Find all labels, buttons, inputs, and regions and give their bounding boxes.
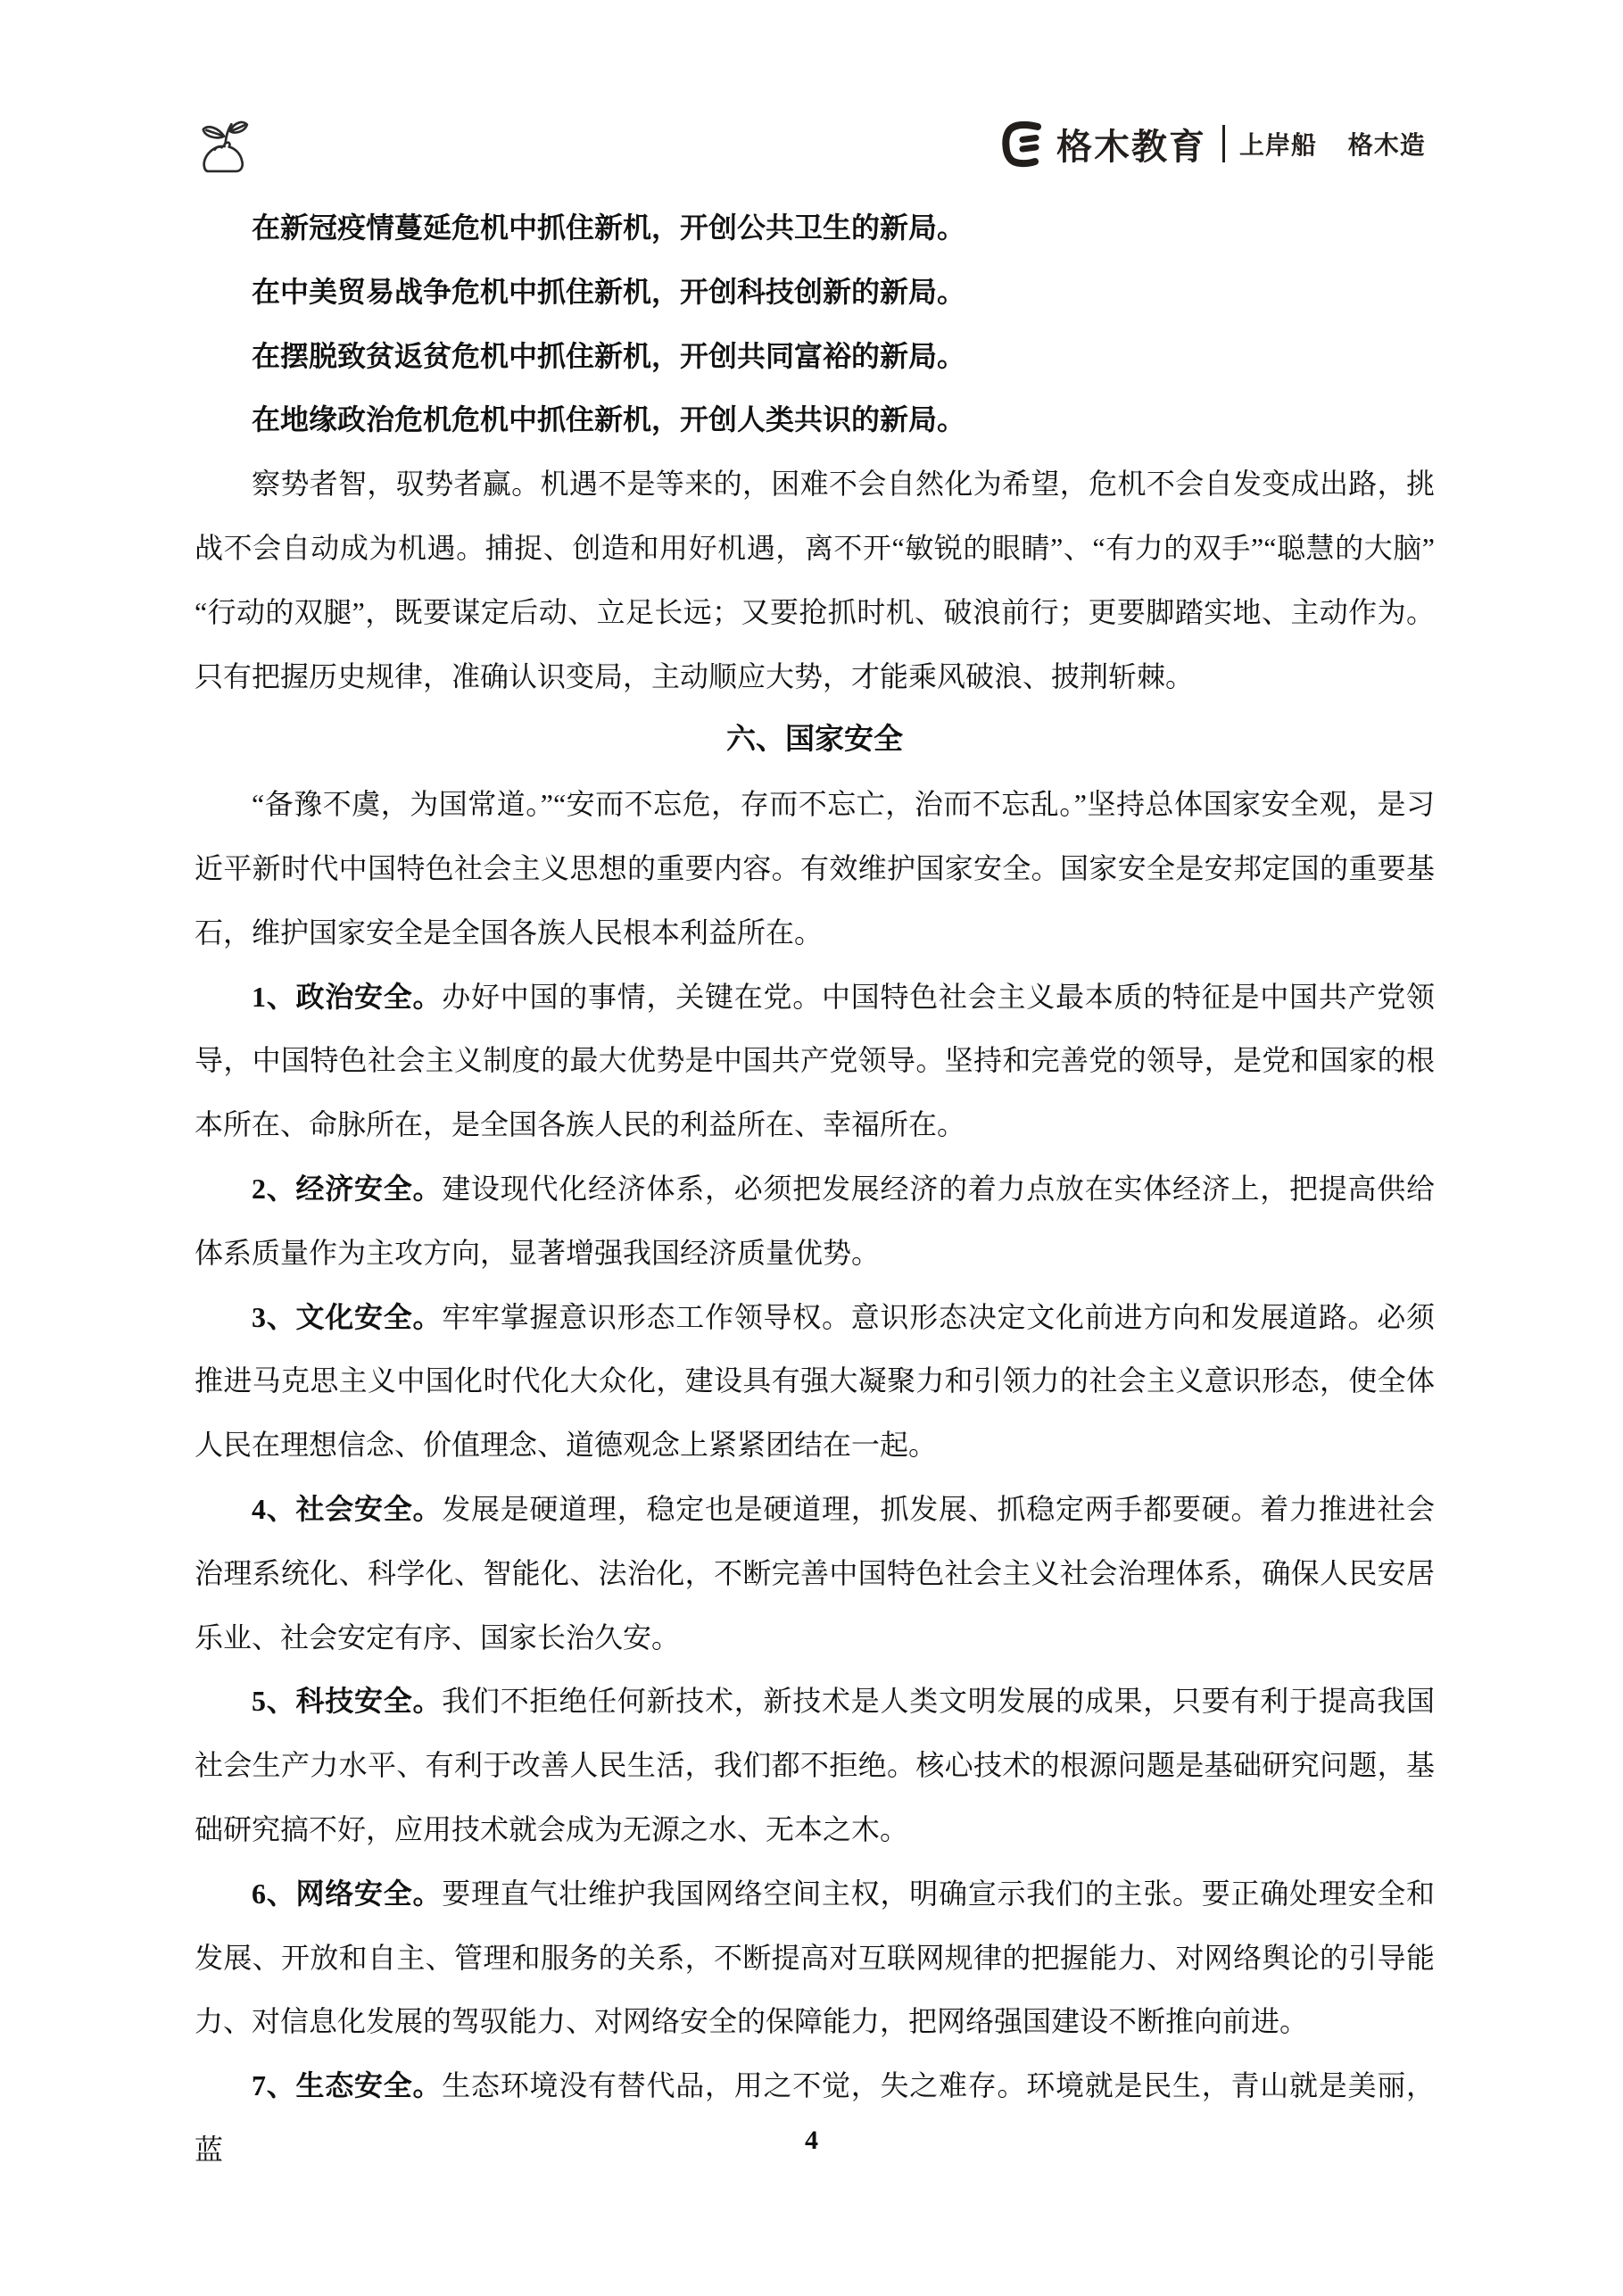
list-item: 1、政治安全。办好中国的事情，关键在党。中国特色社会主义最本质的特征是中国共产党… — [195, 966, 1435, 1157]
list-item: 4、社会安全。发展是硬道理，稳定也是硬道理，抓发展、抓稳定两手都要硬。着力推进社… — [195, 1478, 1435, 1670]
crisis-line: 在摆脱致贫返贫危机中抓住新机，开创共同富裕的新局。 — [195, 325, 1435, 389]
item-label: 3、文化安全。 — [252, 1301, 442, 1333]
item-label: 4、社会安全。 — [252, 1493, 442, 1525]
tagline-part-2: 格木造 — [1348, 131, 1426, 159]
list-item: 2、经济安全。建设现代化经济体系，必须把发展经济的着力点放在实体经济上，把提高供… — [195, 1157, 1435, 1286]
tagline-part-1: 上岸船 — [1239, 131, 1317, 159]
item-label: 6、网络安全。 — [252, 1877, 442, 1910]
brand-tagline: 上岸船 格木造 — [1239, 126, 1426, 162]
brand-name: 格木教育 — [1056, 119, 1206, 170]
section-title: 六、国家安全 — [195, 709, 1435, 773]
item-label: 5、科技安全。 — [252, 1685, 442, 1717]
logo-divider — [1222, 125, 1225, 162]
item-label: 1、政治安全。 — [252, 981, 442, 1013]
seedling-icon — [195, 114, 250, 177]
document-page: 格木教育 上岸船 格木造 在新冠疫情蔓延危机中抓住新机，开创公共卫生的新局。 在… — [0, 0, 1623, 2296]
list-item: 7、生态安全。生态环境没有替代品，用之不觉，失之难存。环境就是民生，青山就是美丽… — [195, 2054, 1435, 2183]
gemu-logo-icon — [1001, 120, 1046, 168]
crisis-line: 在新冠疫情蔓延危机中抓住新机，开创公共卫生的新局。 — [195, 196, 1435, 261]
page-number: 4 — [0, 2126, 1623, 2156]
document-body: 在新冠疫情蔓延危机中抓住新机，开创公共卫生的新局。 在中美贸易战争危机中抓住新机… — [195, 196, 1435, 2183]
list-item: 3、文化安全。牢牢掌握意识形态工作领导权。意识形态决定文化前进方向和发展道路。必… — [195, 1286, 1435, 1478]
list-item: 6、网络安全。要理直气壮维护我国网络空间主权，明确宣示我们的主张。要正确处理安全… — [195, 1862, 1435, 2054]
list-item: 5、科技安全。我们不拒绝任何新技术，新技术是人类文明发展的成果，只要有利于提高我… — [195, 1670, 1435, 1861]
paragraph-momentum: 察势者智，驭势者赢。机遇不是等来的，困难不会自然化为希望，危机不会自发变成出路，… — [195, 452, 1435, 709]
crisis-line: 在中美贸易战争危机中抓住新机，开创科技创新的新局。 — [195, 261, 1435, 325]
brand-logo: 格木教育 上岸船 格木造 — [1001, 116, 1426, 171]
item-label: 2、经济安全。 — [252, 1173, 442, 1205]
item-label: 7、生态安全。 — [252, 2069, 442, 2101]
section-intro: “备豫不虞，为国常道。”“安而不忘危，存而不忘亡，治而不忘乱。”坚持总体国家安全… — [195, 773, 1435, 965]
crisis-line: 在地缘政治危机危机中抓住新机，开创人类共识的新局。 — [195, 388, 1435, 452]
